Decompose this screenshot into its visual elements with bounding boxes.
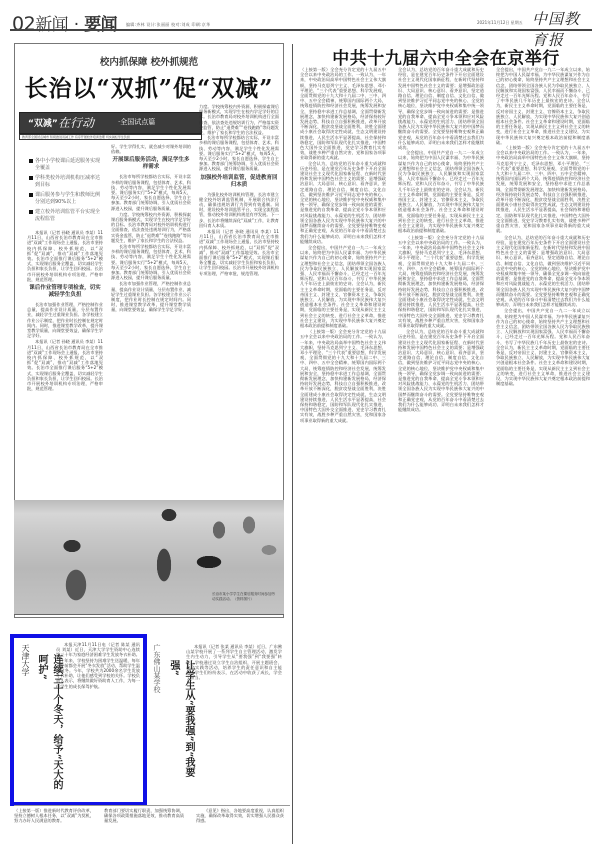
paragraph: 长治市加强作业管理，严格控制作业总量，提高作业设计质量，分层布置作业，减轻学生过… xyxy=(111,281,191,312)
paragraph: （上接第一版）全会充分肯定党的十九届五中全会以来中央政治局的工作。一致认为，一年… xyxy=(496,145,590,233)
main-column-2: 全会认为，总结党的百年奋斗重大成就和历史经验，是在建党百年历史条件下开启全面建设… xyxy=(398,67,484,842)
article-photo: 长治市某小学学生在课后服务时间参加劳动实践活动。（资料图片） xyxy=(14,500,284,615)
paragraph: （上接第一版）全会充分肯定党的十九届五中全会以来中央政治局的工作。一致认为，一年… xyxy=(300,329,386,423)
paragraph: 长治市每所学校都结合实际，开设丰富多样的课后服务课程，包括体育、艺术、科技、劳动… xyxy=(199,135,279,171)
paragraph: （上接第一版）全会充分肯定党的十九届五中全会以来中央政治局的工作。一致认为，一年… xyxy=(300,67,386,161)
story-body: 本报天津11月11日电（记者 陈某 通讯员 刘某）近日，天津大学学生资助中心连续… xyxy=(56,642,140,800)
paragraph: 为强化校外培训机构管理，长治市建立健全校外培训监管机制，开展联合执法行动，确保违… xyxy=(199,192,279,228)
paragraph: 《意见》指出，各地要高度重视，认真组织实施，确保改革取得实效，切实增强人民群众获… xyxy=(196,808,284,824)
banner-subtitle: ·全国试点篇 xyxy=(118,117,155,127)
highlight-item: 各中小学校课后延迟服务实现全覆盖 xyxy=(29,158,101,172)
article-column-2: 好。学生学得扎实，就会减少对课外培训的依赖。 开展课后服务活动，满足学生多样需求… xyxy=(111,144,191,499)
paragraph: 全会认为，总结党的百年奋斗重大成就和历史经验，是在建党百年历史条件下开启全面建设… xyxy=(300,161,386,244)
story-source: 广东佛山某学校 xyxy=(152,644,162,704)
paragraph: 全会提出，中国共产党自一九二一年成立以来，始终把为中国人民谋幸福、为中华民族谋复… xyxy=(496,67,590,145)
paragraph: 全会认为，总结党的百年奋斗重大成就和历史经验，是在建党百年历史条件下开启全面建设… xyxy=(496,235,590,308)
paragraph: 好。学生学得扎实，就会减少对课外培训的依赖。 xyxy=(111,144,191,154)
paragraph: 本报讯（记者 张某 通讯员 李某）近日，广东佛山某学校开展了一系列学生自主管理活… xyxy=(186,644,282,680)
paragraph: 长治市每所学校都结合实际，开设丰富多样的课后服务课程，包括体育、艺术、科技、劳动… xyxy=(111,244,191,280)
paragraph: 长治市每所学校都结合实际，开设丰富多样的课后服务课程，包括体育、艺术、科技、劳动… xyxy=(111,174,191,210)
main-column-3: 全会提出，中国共产党自一九二一年成立以来，始终把为中国人民谋幸福、为中华民族谋复… xyxy=(496,67,590,842)
paragraph: 教育部门要切实履行职责，加强统筹协调，确保各项政策措施落地见效，推动教育高质量发… xyxy=(104,808,184,824)
paragraph: 本报讯（记者 孙晓 通讯员 李某）11月11日，山西省长治市教育局在全市推进“双… xyxy=(27,339,103,391)
section-subhead: 课后作业管理专项检查，切实减轻学生负担 xyxy=(27,285,103,299)
column-divider xyxy=(292,44,293,844)
story-source: 天津大学 xyxy=(20,644,31,694)
highlight-item: 学科类校外培训机构压减率达到目标 xyxy=(29,175,101,189)
series-banner: “双减” 在行动 ·全国试点篇 xyxy=(19,112,202,134)
divider xyxy=(14,805,290,806)
paragraph: 本报讯（记者 孙晓 通讯员 李某）11月11日，山西省长治市教育局在全市推进“双… xyxy=(27,230,103,282)
main-headline: 中共十九届六中全会在京举行 xyxy=(300,44,592,69)
photo-caption: 长治市某小学学生在课后服务时间参加劳动实践活动。（资料图片） xyxy=(212,592,278,601)
paragraph: 本报讯（记者 孙晓 通讯员 李某）11月11日，山西省长治市教育局在全市推进“双… xyxy=(199,229,279,276)
paragraph: 本报天津11月11日电（记者 陈某 通讯员 刘某）近日，天津大学学生资助中心连续… xyxy=(56,642,140,689)
editor-credits: 编辑:齐林 设计:张丽丽 校对:刘成 印刷:京华 xyxy=(126,22,210,28)
second-story: 广东佛山某学校 让学生从“要我强”到“我要强” 本报讯（记者 张某 通讯员 李某… xyxy=(150,640,290,785)
highlight-item: 建立校外培训监管平台实现全流程监管 xyxy=(29,209,101,223)
subsection-name: 要闻 xyxy=(84,15,117,35)
banner-script: 在行动 xyxy=(58,114,94,131)
bottom-column-3: 《意见》指出，各地要高度重视，认真组织实施，确保改革取得实效，切实增强人民群众获… xyxy=(196,808,284,838)
highlight-item: 课后服务参与学生和教师比例分别达到90%以上 xyxy=(29,192,101,206)
paragraph: 全会提出，中国共产党自一九二一年成立以来，始终把为中国人民谋幸福、为中华民族谋复… xyxy=(398,150,484,233)
bottom-column-2: 教育部门要切实履行职责，加强统筹协调，确保各项政策措施落地见效，推动教育高质量发… xyxy=(104,808,184,838)
article-column-1: 本报讯（记者 孙晓 通讯员 李某）11月11日，山西省长治市教育局在全市推进“双… xyxy=(27,230,103,498)
article-column-3: 力度。学校统筹校内外资源，积极探索课后服务新模式，实现学生在校内学足学好的目标。… xyxy=(199,104,279,499)
banner-title: “双减” xyxy=(28,116,58,129)
paragraph: 全会认为，总结党的百年奋斗重大成就和历史经验，是在建党百年历史条件下开启全面建设… xyxy=(398,329,484,412)
masthead-rule xyxy=(10,29,592,31)
section-subhead: 加强校外培训监管，促进教育回归本质 xyxy=(199,175,279,189)
paragraph: 力度。学校统筹校内外资源，积极探索课后服务新模式，实现学生在校内学足学好的目标。… xyxy=(111,212,191,243)
page-section-label: 02新闻 · 要闻 xyxy=(12,10,117,35)
highlighted-story[interactable]: 天津大学 连续三十个冬天，给予“天大的呵护” 本报天津11月11日电（记者 陈某… xyxy=(10,634,147,806)
paragraph: 长治市加强作业管理，严格控制作业总量，提高作业设计质量，分层布置作业，减轻学生过… xyxy=(27,302,103,338)
paragraph: 全会提出，中国共产党自一九二一年成立以来，始终把为中国人民谋幸福、为中华民族谋复… xyxy=(300,245,386,328)
paragraph: 全会认为，总结党的百年奋斗重大成就和历史经验，是在建党百年历史条件下开启全面建设… xyxy=(398,67,484,150)
page-number: 02 xyxy=(12,13,35,35)
section-subhead: 开展课后服务活动，满足学生多样需求 xyxy=(111,157,191,171)
bottom-column-1: （上接第一版）推进新时代教育评价改革，坚持立德树人根本任务，以“双减”为契机，努… xyxy=(14,808,94,838)
section-name: 新闻 xyxy=(35,15,68,35)
paragraph: （上接第一版）推进新时代教育评价改革，坚持立德树人根本任务，以“双减”为契机，努… xyxy=(14,808,94,824)
banner-strip: 教育部全国试点城市 积极推进双减工作 有序开展校外培训治理 切实减轻学生负担 xyxy=(19,134,202,140)
paragraph: 全会提出，中国共产党自一九二一年成立以来，始终把为中国人民谋幸福、为中华民族谋复… xyxy=(496,308,590,386)
issue-date: 2021年11月12日 星期五 xyxy=(477,20,523,26)
article-kicker: 校内抓保障 校外抓规范 xyxy=(15,54,283,68)
story-body: 本报讯（记者 张某 通讯员 李某）近日，广东佛山某学校开展了一系列学生自主管理活… xyxy=(186,644,282,784)
highlights-list: 各中小学校课后延迟服务实现全覆盖 学科类校外培训机构压减率达到目标 课后服务参与… xyxy=(29,158,101,226)
main-column-1: （上接第一版）全会充分肯定党的十九届五中全会以来中央政治局的工作。一致认为，一年… xyxy=(300,67,386,842)
paragraph: 力度。学校统筹校内外资源，积极探索课后服务新模式，实现学生在校内学足学好的目标。… xyxy=(199,104,279,135)
article-headline: 长治以“双抓”促“双减” xyxy=(15,70,283,103)
section-separator: · xyxy=(74,15,79,35)
paragraph: （上接第一版）全会充分肯定党的十九届五中全会以来中央政治局的工作。一致认为，一年… xyxy=(398,235,484,329)
